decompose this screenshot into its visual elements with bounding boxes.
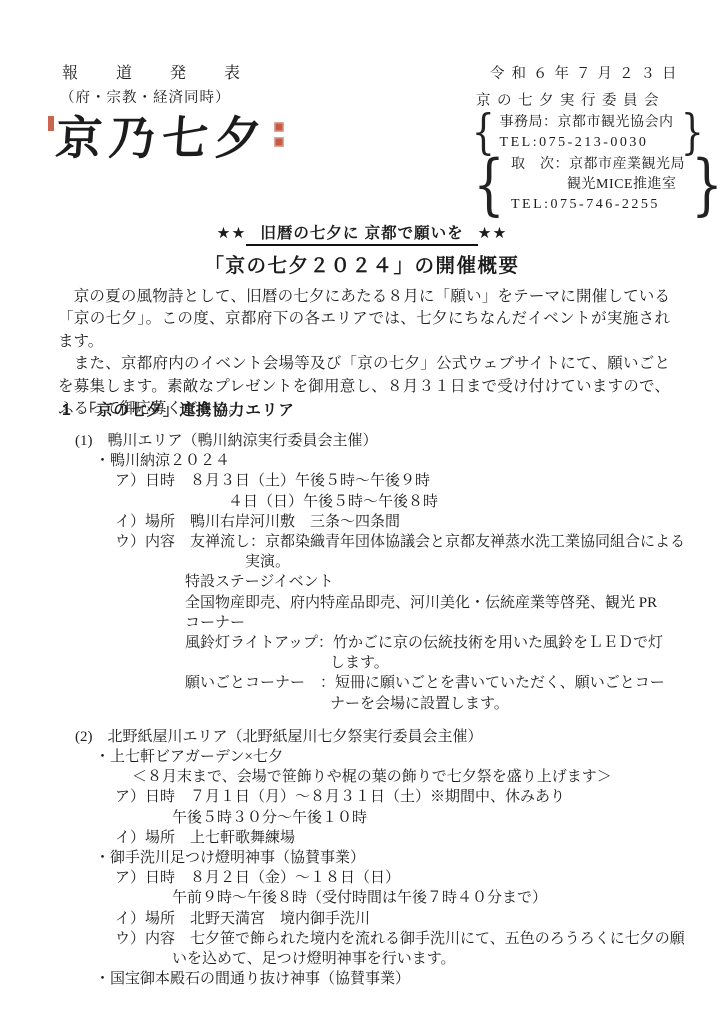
- body-line: 午後５時３０分～午後１０時: [60, 808, 715, 828]
- contact-agency-tel: TEL:075-746-2255: [511, 195, 685, 215]
- body-line: ・御手洗川足つけ燈明神事（協賛事業）: [60, 848, 715, 868]
- body-line: イ）場所 鴨川右岸河川敷 三条～四条間: [60, 512, 715, 532]
- body-line: ＜８月末まで、会場で笹飾りや梶の葉の飾りで七夕祭を盛り上げます＞: [60, 767, 715, 787]
- slogan-text: 旧暦の七夕に 京都で願いを: [246, 221, 477, 246]
- body-line: ナーを会場に設置します。: [60, 694, 715, 714]
- body-line: イ）場所 上七軒歌舞練場: [60, 828, 715, 848]
- contact-agency-line: 取 次：京都市産業観光局: [511, 155, 685, 175]
- logo-calligraphy-text: 京乃七夕: [54, 108, 270, 168]
- logo-kyo-no-tanabata: 京乃七夕: [48, 108, 284, 168]
- page-title: 「京の七夕２０２４」の開催概要: [0, 250, 724, 278]
- slogan-row: ★★旧暦の七夕に 京都で願いを★★: [0, 221, 724, 246]
- document-page: 報 道 発 表 （府・宗教・経済同時） 京乃七夕 令和６年７月２３日 京の七夕実…: [0, 0, 724, 1024]
- section-heading: 1 「京の七夕」連携協力エリア: [62, 398, 295, 420]
- release-label: 報 道 発 表: [62, 60, 251, 83]
- red-seal-icon: [274, 137, 284, 147]
- release-note: （府・宗教・経済同時）: [60, 86, 231, 107]
- body-line: コーナー: [60, 613, 715, 633]
- body-line: ア）日時 ７月１日（月）～８月３１日（土）※期間中、休みあり: [60, 787, 715, 807]
- issuer-block: 令和６年７月２３日 京の七夕実行委員会 { 事務局：京都市観光協会内 TEL:0…: [468, 62, 708, 215]
- event-detail-lines: (1) 鴨川エリア（鴨川納涼実行委員会主催）・鴨川納涼２０２４ア）日時 ８月３日…: [60, 431, 715, 989]
- body-line: 特設ステージイベント: [60, 572, 715, 592]
- body-line: イ）場所 北野天満宮 境内御手洗川: [60, 909, 715, 929]
- intro-paragraph: 京の夏の風物詩として、旧暦の七夕にあたる８月に「願い」をテーマに開催している「京…: [58, 286, 670, 353]
- headline: ★★旧暦の七夕に 京都で願いを★★ 「京の七夕２０２４」の開催概要: [0, 221, 724, 278]
- body-line: ４日（日）午後５時～午後８時: [60, 492, 715, 512]
- brace-left-icon: {: [473, 155, 505, 214]
- issuing-organization: 京の七夕実行委員会: [468, 89, 708, 110]
- contact-agency-block: { 取 次：京都市産業観光局 観光MICE推進室 TEL:075-746-225…: [468, 155, 708, 215]
- body-line: いを込めて、足つけ燈明神事を行います。: [60, 949, 715, 969]
- body-line: 実演。: [60, 552, 715, 572]
- body-line: ア）日時 ８月２日（金）～１８日（日）: [60, 868, 715, 888]
- body-line: (2) 北野紙屋川エリア（北野紙屋川七夕祭実行委員会主催）: [60, 727, 715, 747]
- body-line: 午前９時～午後８時（受付時間は午後７時４０分まで）: [60, 888, 715, 908]
- body-line: ウ）内容 友禅流し：京都染織青年団体協議会と京都友禅蒸水洗工業協同組合による: [60, 532, 715, 552]
- issue-date: 令和６年７月２３日: [468, 62, 708, 83]
- contact-agency-dept: 観光MICE推進室: [511, 175, 685, 195]
- red-seal-icon: [274, 122, 284, 132]
- body-line: ウ）内容 七夕笹で飾られた境内を流れる御手洗川にて、五色のろうろくに七夕の願: [60, 929, 715, 949]
- contact-office-line: 事務局：京都市観光協会内: [500, 113, 677, 133]
- body-line: 全国物産即売、府内特産品即売、河川美化・伝統産業等啓発、観光 PR: [60, 593, 715, 613]
- stars-left-icon: ★★: [217, 225, 247, 242]
- body-line: ・鴨川納涼２０２４: [60, 451, 715, 471]
- body-line: ・上七軒ビアガーデン×七夕: [60, 747, 715, 767]
- body-line: ・国宝御本殿石の間通り抜け神事（協賛事業）: [60, 969, 715, 989]
- brace-right-icon: }: [691, 155, 723, 214]
- body-line: 風鈴灯ライトアップ：竹かごに京の伝統技術を用いた風鈴をＬＥＤで灯: [60, 633, 715, 653]
- body-line: (1) 鴨川エリア（鴨川納涼実行委員会主催）: [60, 431, 715, 451]
- body-line: ア）日時 ８月３日（土）午後５時～午後９時: [60, 471, 715, 491]
- body-line: します。: [60, 653, 715, 673]
- logo-seals: [274, 122, 284, 147]
- body-line: [60, 714, 715, 727]
- body-line: 願いごとコーナー ：短冊に願いごとを書いていただく、願いごとコー: [60, 673, 715, 693]
- red-seal-icon: [48, 116, 54, 131]
- contact-office-tel: TEL:075-213-0030: [500, 133, 677, 153]
- stars-right-icon: ★★: [478, 225, 508, 242]
